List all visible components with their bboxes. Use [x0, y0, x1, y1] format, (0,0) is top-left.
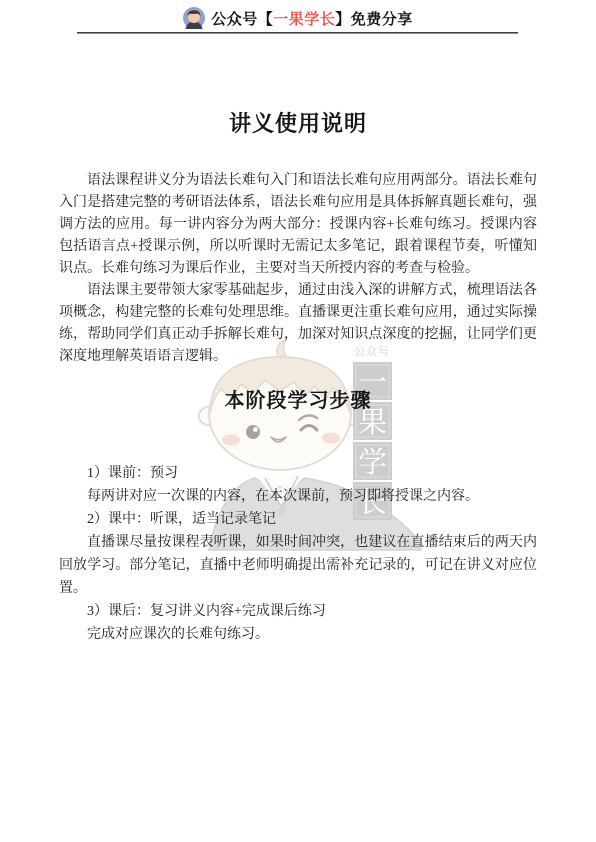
document-page: 公众号 一 果 学 长 公众号【一果学长】免费分享 — [0, 0, 596, 842]
page-header: 公众号【一果学长】免费分享 — [0, 7, 596, 29]
header-text: 公众号【一果学长】免费分享 — [211, 8, 413, 29]
step-heading-after-class: 3）课后：复习讲义内容+完成课后练习 — [59, 600, 537, 623]
paragraph-intro: 语法课程讲义分为语法长难句入门和语法长难句应用两部分。语法长难句入门是搭建完整的… — [59, 170, 537, 280]
step-heading-before-class: 1）课前：预习 — [59, 462, 537, 485]
header-suffix: 】免费分享 — [335, 11, 413, 28]
step-detail-during-class: 直播课尽量按课程表听课，如果时间冲突，也建议在直播结束后的两天内回放学习。部分笔… — [59, 531, 537, 600]
step-heading-during-class: 2）课中：听课，适当记录笔记 — [59, 508, 537, 531]
document-content: 讲义使用说明 语法课程讲义分为语法长难句入门和语法长难句应用两部分。语法长难句入… — [59, 100, 537, 646]
header-divider — [77, 32, 518, 34]
page-title: 讲义使用说明 — [59, 110, 537, 138]
brand-avatar-icon — [183, 7, 205, 29]
header-brand-name: 一果学长 — [273, 11, 335, 28]
step-detail-before-class: 每两讲对应一次课的内容，在本次课前，预习即将授课之内容。 — [59, 485, 537, 508]
section-title-steps: 本阶段学习步骤 — [59, 388, 537, 414]
paragraph-course-description: 语法课主要带领大家零基础起步，通过由浅入深的讲解方式，梳理语法各项概念，构建完整… — [59, 280, 537, 368]
steps-list: 1）课前：预习 每两讲对应一次课的内容，在本次课前，预习即将授课之内容。 2）课… — [59, 462, 537, 646]
header-prefix: 公众号【 — [211, 11, 273, 28]
step-detail-after-class: 完成对应课次的长难句练习。 — [59, 623, 537, 646]
